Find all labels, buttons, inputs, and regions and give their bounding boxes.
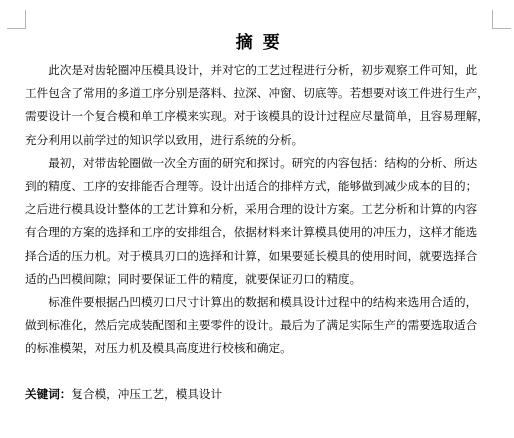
text-line: 到的精度、工序的安排能否合理等。设计出适合的排样方式，能够做到减少成本的目的； [25,175,491,198]
text-line: 需要设计一个复合模和单工序模来实现。对于该模具的设计过程应尽量简单，且容易理解， [25,105,491,128]
text-line: 充分利用以前学过的知识学以致用，进行系统的分析。 [25,129,491,152]
text-line: 择合适的压力机。对于模具刃口的选择和计算，如果要延长模具的使用时间，就要选择合 [25,245,491,268]
keywords-label: 关键词： [25,388,71,401]
text-line: 做到标准化，然后完成装配图和主要零件的设计。最后为了满足实际生产的需要选取适合 [25,314,491,337]
text-line: 有合理的方案的选择和工序的安排组合，依据材料来计算模具使用的冲压力，这样才能选 [25,221,491,244]
text-line: 标准件要根据凸凹模刃口尺寸计算出的数据和模具设计过程中的结构来选用合适的， [25,291,491,314]
abstract-title: 摘 要 [25,30,491,56]
text-column: 摘 要 此次是对齿轮圈冲压模具设计，并对它的工艺过程进行分析，初步观察工件可知，… [25,30,491,407]
text-line: 此次是对齿轮圈冲压模具设计，并对它的工艺过程进行分析，初步观察工件可知，此 [25,59,491,82]
document-page: 摘 要 此次是对齿轮圈冲压模具设计，并对它的工艺过程进行分析，初步观察工件可知，… [0,0,514,438]
keywords-line: 关键词：复合模，冲压工艺，模具设计 [25,383,491,406]
text-boundary-mark-topright-vertical [492,10,493,28]
text-line: 适的凸凹模间隙；同时要保证工件的精度，就要保证刃口的精度。 [25,268,491,291]
text-boundary-mark-topright-horizontal [492,28,511,29]
text-boundary-mark-topleft-horizontal [7,28,26,29]
text-line: 之后进行模具设计整体的工艺计算和分析，采用合理的设计方案。工艺分析和计算的内容 [25,198,491,221]
text-boundary-mark-topleft-vertical [25,10,26,28]
abstract-body: 此次是对齿轮圈冲压模具设计，并对它的工艺过程进行分析，初步观察工件可知，此工件包… [25,59,491,360]
text-line: 最初，对带齿轮圈做一次全方面的研究和探讨。研究的内容包括：结构的分析、所达 [25,152,491,175]
text-line: 工件包含了常用的多道工序分别是落料、拉深、冲窗、切底等。若想要对该工件进行生产， [25,82,491,105]
keywords-text: 复合模，冲压工艺，模具设计 [71,388,222,401]
text-line: 的标准模架，对压力机及模具高度进行校核和确定。 [25,337,491,360]
